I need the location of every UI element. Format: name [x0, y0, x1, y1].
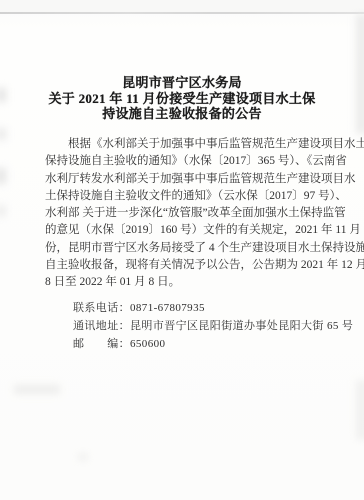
- scan-artifact: [0, 88, 6, 102]
- scan-artifact: [78, 453, 88, 461]
- body-line: 份，昆明市晋宁区水务局接受了 4 个生产建设项目水土保持设施: [45, 240, 321, 257]
- scan-artifact: [0, 168, 6, 184]
- body-line: 的意见（水保〔2019〕160 号）文件的有关规定，2021 年 11 月: [45, 222, 321, 239]
- scan-artifact: [356, 380, 364, 440]
- contact-info: 联系电话：0871-67807935 通讯地址：昆明市晋宁区昆阳街道办事处昆阳大…: [73, 299, 340, 354]
- contact-postcode: 邮 编：650600: [73, 335, 340, 353]
- document-title-line-3: 持设施自主验收报备的公告: [20, 106, 344, 122]
- body-line: 土保持设施自主验收文件的通知》（云水保〔2017〕97 号）、: [45, 188, 321, 205]
- body-line: 水利厅转发水利部关于加强事中事后监管规范生产建设项目水: [45, 171, 321, 188]
- document-title: 昆明市晋宁区水务局 关于 2021 年 11 月份接受生产建设项目水土保 持设施…: [20, 75, 344, 122]
- body-line: 水利部 关于进一步深化“放管服”改革全面加强水土保持监管: [45, 205, 321, 222]
- contact-phone: 联系电话：0871-67807935: [73, 299, 340, 317]
- scan-artifact: [14, 385, 60, 394]
- scanned-announcement-page: 昆明市晋宁区水务局 关于 2021 年 11 月份接受生产建设项目水土保 持设施…: [0, 0, 364, 500]
- document-title-line-1: 昆明市晋宁区水务局: [20, 75, 344, 91]
- scan-artifact: [0, 205, 6, 217]
- scan-artifact: [0, 128, 6, 140]
- document-title-line-2: 关于 2021 年 11 月份接受生产建设项目水土保: [20, 91, 344, 107]
- body-line: 自主验收报备，现将有关情况予以公告，公告期为 2021 年 12 月: [45, 257, 321, 274]
- scan-artifact: [356, 14, 364, 134]
- body-line: 8 日至 2022 年 01 月 8 日。: [45, 274, 321, 291]
- announcement-body: 根据《水利部关于加强事中事后监管规范生产建设项目水土 保持设施自主验收的通知》（…: [45, 136, 321, 292]
- contact-address: 通讯地址：昆明市晋宁区昆阳街道办事处昆阳大街 65 号: [73, 317, 340, 335]
- body-line: 保持设施自主验收的通知》（水保〔2017〕365 号）、《云南省: [45, 153, 321, 170]
- body-line: 根据《水利部关于加强事中事后监管规范生产建设项目水土: [45, 136, 321, 153]
- scan-top-band: [0, 0, 364, 12]
- scan-page-edge-line: [0, 12, 364, 14]
